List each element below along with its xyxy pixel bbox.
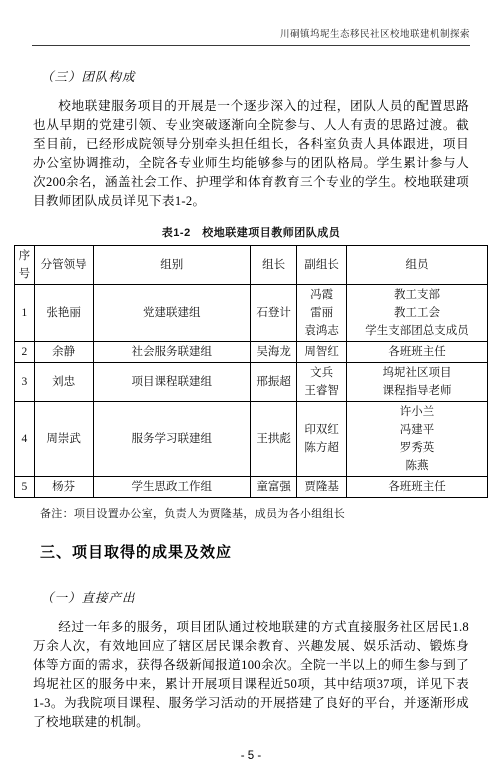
team-table: 序号 分管领导 组别 组长 副组长 组员 1 张艳丽 党建联建组 石登计 冯霞 … [14,245,488,498]
cell-head: 石登计 [251,285,297,342]
cell-no: 2 [15,342,35,363]
running-header-title: 川硐镇坞坭生态移民社区校地联建机制探索 [280,30,470,40]
table-header-row: 序号 分管领导 组别 组长 副组长 组员 [15,246,488,285]
cell-head: 吴海龙 [251,342,297,363]
cell-deputy: 贾隆基 [297,477,347,498]
table-row: 5 杨芬 学生思政工作组 童富强 贾隆基 各班班主任 [15,477,488,498]
subsection-heading-direct-output: （一）直接产出 [33,588,469,606]
header-cell-no: 序号 [15,246,35,285]
cell-head: 王拱彪 [251,402,297,477]
cell-deputy: 文兵 王睿智 [297,363,347,402]
cell-leader: 刘忠 [34,363,93,402]
running-header: 川硐镇坞坭生态移民社区校地联建机制探索 [32,26,470,46]
cell-members: 许小兰 冯建平 罗秀英 陈燕 [347,402,488,477]
cell-group: 党建联建组 [93,285,251,342]
document-page: 川硐镇坞坭生态移民社区校地联建机制探索 （三）团队构成 校地联建服务项目的开展是… [0,0,502,779]
cell-deputy: 冯霞 雷丽 袁鸿志 [297,285,347,342]
subsection-heading-team: （三）团队构成 [33,67,469,85]
table-row: 4 周崇武 服务学习联建组 王拱彪 印双红 陈方超 许小兰 冯建平 罗秀英 陈燕 [15,402,488,477]
cell-leader: 周崇武 [34,402,93,477]
cell-head: 童富强 [251,477,297,498]
results-paragraph: 经过一年多的服务，项目团队通过校地联建的方式直接服务社区居民1.8万余人次，有效… [33,618,469,732]
cell-no: 1 [15,285,35,342]
cell-members: 教工支部 教工工会 学生支部团总支成员 [347,285,488,342]
table-note: 备注：项目设置办公室，负责人为贾隆基，成员为各小组组长 [40,505,469,521]
cell-leader: 杨芬 [34,477,93,498]
cell-no: 4 [15,402,35,477]
header-cell-leader: 分管领导 [34,246,93,285]
table-row: 3 刘忠 项目课程联建组 邢振超 文兵 王睿智 坞坭社区项目 课程指导老师 [15,363,488,402]
cell-leader: 余静 [34,342,93,363]
page-content: （三）团队构成 校地联建服务项目的开展是一个逐步深入的过程，团队人员的配置思路也… [33,67,469,240]
page-content-lower: 备注：项目设置办公室，负责人为贾隆基，成员为各小组组长 三、项目取得的成果及效应… [33,505,469,732]
header-cell-members: 组员 [347,246,488,285]
cell-group: 社会服务联建组 [93,342,251,363]
cell-members: 各班班主任 [347,342,488,363]
cell-deputy: 周智红 [297,342,347,363]
team-paragraph: 校地联建服务项目的开展是一个逐步深入的过程，团队人员的配置思路也从早期的党建引领… [33,97,469,211]
header-cell-deputy: 副组长 [297,246,347,285]
cell-no: 3 [15,363,35,402]
team-table-wrapper: 序号 分管领导 组别 组长 副组长 组员 1 张艳丽 党建联建组 石登计 冯霞 … [14,245,488,498]
cell-group: 项目课程联建组 [93,363,251,402]
cell-leader: 张艳丽 [34,285,93,342]
cell-group: 服务学习联建组 [93,402,251,477]
page-number: - 5 - [0,750,502,762]
cell-head: 邢振超 [251,363,297,402]
table-row: 2 余静 社会服务联建组 吴海龙 周智红 各班班主任 [15,342,488,363]
cell-group: 学生思政工作组 [93,477,251,498]
table-row: 1 张艳丽 党建联建组 石登计 冯霞 雷丽 袁鸿志 教工支部 教工工会 学生支部… [15,285,488,342]
cell-members: 坞坭社区项目 课程指导老师 [347,363,488,402]
table-caption: 表1-2 校地联建项目教师团队成员 [33,224,469,240]
cell-deputy: 印双红 陈方超 [297,402,347,477]
section-heading-results: 三、项目取得的成果及效应 [33,541,469,562]
cell-members: 各班班主任 [347,477,488,498]
cell-no: 5 [15,477,35,498]
header-cell-head: 组长 [251,246,297,285]
header-cell-group: 组别 [93,246,251,285]
